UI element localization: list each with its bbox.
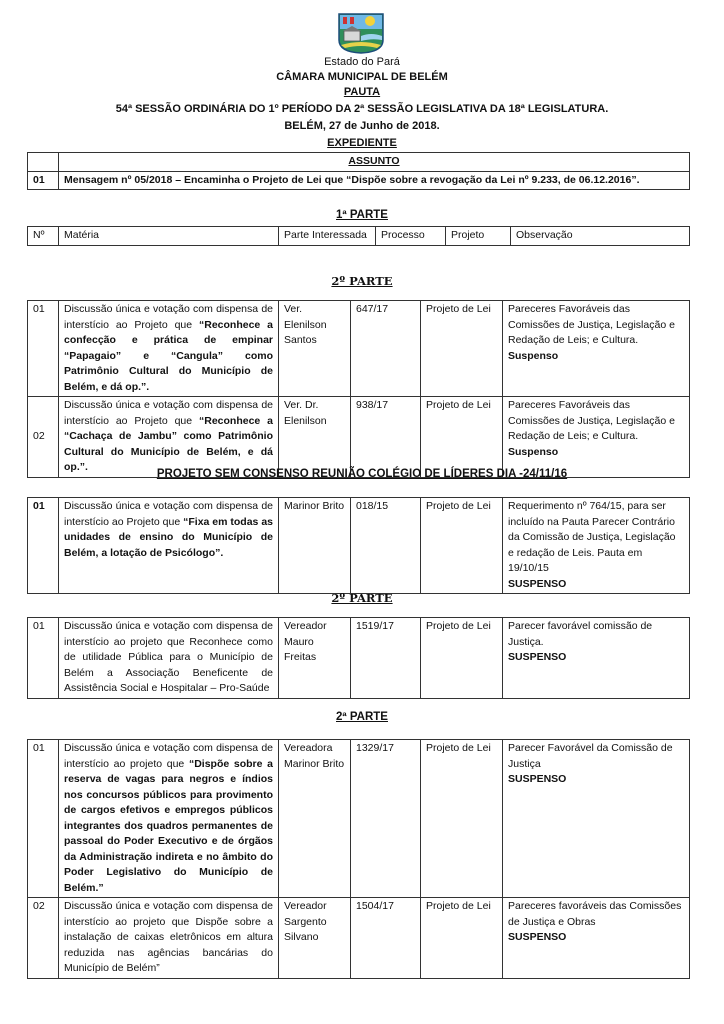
- observacao-cell: Requerimento nº 764/15, para ser incluíd…: [503, 498, 690, 594]
- col-parte: Parte Interessada: [279, 227, 376, 246]
- processo-cell: 647/17: [351, 301, 421, 397]
- parte1-title: 1ª PARTE: [0, 209, 724, 221]
- parte-cell: Ver. Elenilson Santos: [279, 301, 351, 397]
- materia-cell: Discussão única e votação com dispensa d…: [59, 898, 279, 979]
- parte-cell: Marinor Brito: [279, 498, 351, 594]
- assunto-header: ASSUNTO: [59, 153, 690, 172]
- chamber-name: CÂMARA MUNICIPAL DE BELÉM: [0, 71, 724, 83]
- table-row: 02 Discussão única e votação com dispens…: [28, 397, 690, 478]
- projeto-cell: Projeto de Lei: [421, 740, 503, 898]
- status-badge: SUSPENSO: [508, 651, 566, 663]
- row-number: 01: [28, 171, 59, 190]
- row-number: 01: [28, 301, 59, 397]
- status-badge: SUSPENSO: [508, 773, 566, 785]
- col-processo: Processo: [376, 227, 446, 246]
- session-title: 54ª SESSÃO ORDINÁRIA DO 1º PERÍODO DA 2ª…: [0, 103, 724, 115]
- projeto-cell: Projeto de Lei: [421, 618, 503, 699]
- materia-cell: Discussão única e votação com dispensa d…: [59, 740, 279, 898]
- materia-cell: Discussão única e votação com dispensa d…: [59, 301, 279, 397]
- row-number: 02: [28, 898, 59, 979]
- table-row: 01 Discussão única e votação com dispens…: [28, 618, 690, 699]
- status-badge: Suspenso: [508, 446, 558, 458]
- observacao-cell: Pareceres favoráveis das Comissões de Ju…: [503, 898, 690, 979]
- sem-consenso-title: PROJETO SEM CONSENSO REUNIÃO COLÉGIO DE …: [0, 468, 724, 480]
- processo-cell: 938/17: [351, 397, 421, 478]
- status-badge: SUSPENSO: [508, 578, 566, 590]
- assunto-text: Mensagem nº 05/2018 – Encaminha o Projet…: [59, 171, 690, 190]
- document-type: PAUTA: [0, 86, 724, 98]
- projeto-cell: Projeto de Lei: [421, 498, 503, 594]
- row-number: 02: [28, 397, 59, 478]
- parte1-header-table: Nº Matéria Parte Interessada Processo Pr…: [27, 226, 690, 246]
- table-row: 01 Discussão única e votação com dispens…: [28, 301, 690, 397]
- table-row: 01 Discussão única e votação com dispens…: [28, 498, 690, 594]
- observacao-cell: Pareceres Favoráveis das Comissões de Ju…: [503, 301, 690, 397]
- parte2b-title: 2º PARTE: [0, 591, 724, 605]
- empty-cell: [28, 153, 59, 172]
- col-materia: Matéria: [59, 227, 279, 246]
- parte2a-title: 2º PARTE: [0, 274, 724, 288]
- expediente-title: EXPEDIENTE: [0, 137, 724, 149]
- row-number: 01: [28, 740, 59, 898]
- session-date: BELÉM, 27 de Junho de 2018.: [0, 120, 724, 132]
- col-num: Nº: [28, 227, 59, 246]
- processo-cell: 1504/17: [351, 898, 421, 979]
- observacao-cell: Parecer favorável comissão de Justiça.SU…: [503, 618, 690, 699]
- expediente-table: ASSUNTO 01 Mensagem nº 05/2018 – Encamin…: [27, 152, 690, 190]
- materia-cell: Discussão única e votação com dispensa d…: [59, 498, 279, 594]
- observacao-cell: Parecer Favorável da Comissão de Justiça…: [503, 740, 690, 898]
- projeto-cell: Projeto de Lei: [421, 397, 503, 478]
- projeto-cell: Projeto de Lei: [421, 898, 503, 979]
- state-name: Estado do Pará: [0, 56, 724, 68]
- parte-cell: Vereadora Marinor Brito: [279, 740, 351, 898]
- status-badge: SUSPENSO: [508, 931, 566, 943]
- table-row: 01 Mensagem nº 05/2018 – Encaminha o Pro…: [28, 171, 690, 190]
- col-observacao: Observação: [511, 227, 690, 246]
- parte2c-title: 2ª PARTE: [0, 711, 724, 723]
- processo-cell: 1329/17: [351, 740, 421, 898]
- status-badge: Suspenso: [508, 350, 558, 362]
- parte2c-table: 01 Discussão única e votação com dispens…: [27, 739, 690, 979]
- sem-consenso-table: 01 Discussão única e votação com dispens…: [27, 497, 690, 594]
- parte2a-table: 01 Discussão única e votação com dispens…: [27, 300, 690, 478]
- processo-cell: 018/15: [351, 498, 421, 594]
- coat-of-arms-icon: [337, 12, 385, 54]
- table-row: 01 Discussão única e votação com dispens…: [28, 740, 690, 898]
- parte-cell: Vereador Sargento Silvano: [279, 898, 351, 979]
- table-row: 02 Discussão única e votação com dispens…: [28, 898, 690, 979]
- observacao-cell: Pareceres Favoráveis das Comissões de Ju…: [503, 397, 690, 478]
- row-number: 01: [28, 498, 59, 594]
- row-number: 01: [28, 618, 59, 699]
- col-projeto: Projeto: [446, 227, 511, 246]
- parte-cell: Ver. Dr. Elenilson: [279, 397, 351, 478]
- projeto-cell: Projeto de Lei: [421, 301, 503, 397]
- parte2b-table: 01 Discussão única e votação com dispens…: [27, 617, 690, 699]
- parte-cell: Vereador Mauro Freitas: [279, 618, 351, 699]
- materia-cell: Discussão única e votação com dispensa d…: [59, 618, 279, 699]
- materia-cell: Discussão única e votação com dispensa d…: [59, 397, 279, 478]
- processo-cell: 1519/17: [351, 618, 421, 699]
- agenda-page: Estado do Pará CÂMARA MUNICIPAL DE BELÉM…: [0, 0, 724, 1024]
